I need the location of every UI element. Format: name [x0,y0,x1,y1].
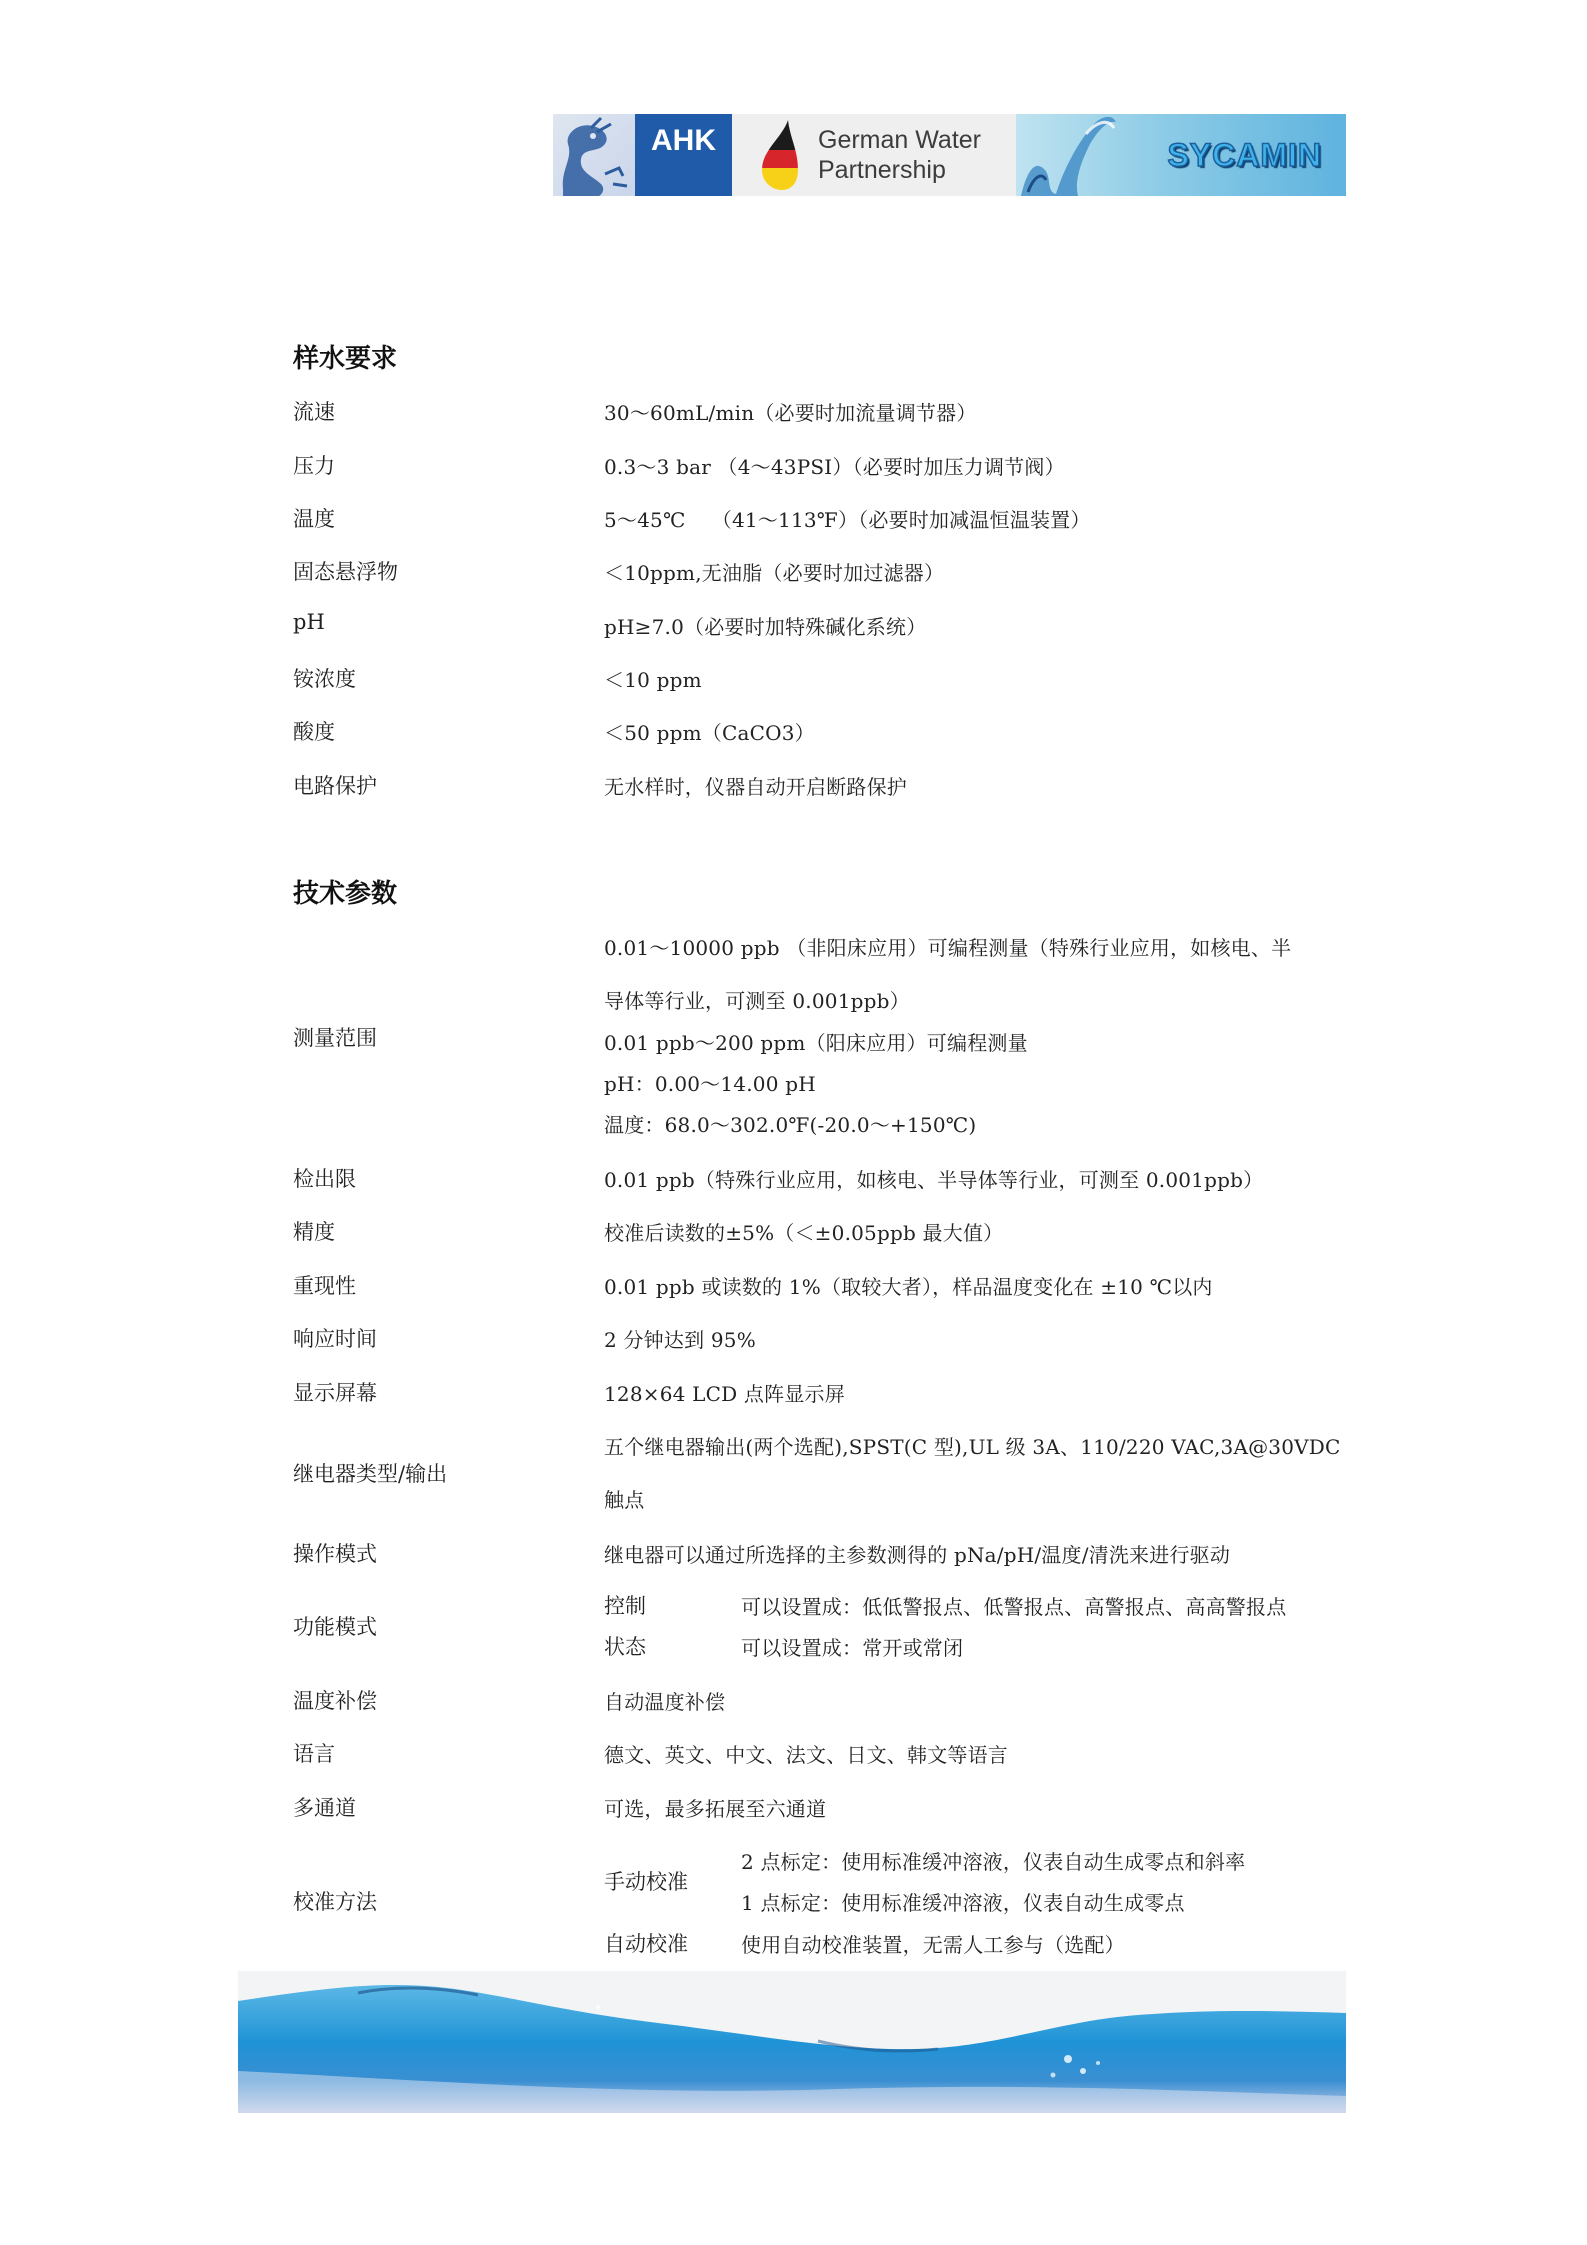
row-value-temperature: 5～45℃ （41～113℉）（必要时加减温恒温装置） [604,504,1091,533]
calibration-manual-label: 手动校准 [604,1866,688,1896]
section-title-technical-parameters: 技术参数 [293,873,397,910]
section-title-sample-requirements: 样水要求 [293,338,397,375]
row-label-ph: pH [293,610,325,634]
function-mode-state-value: 可以设置成：常开或常闭 [741,1632,963,1661]
row-label-calibration-method: 校准方法 [293,1886,377,1916]
row-value-operation-mode: 继电器可以通过所选择的主参数测得的 pNa/pH/温度/清洗来进行驱动 [604,1539,1230,1568]
row-value-circuit-protection: 无水样时，仪器自动开启断路保护 [604,771,907,800]
row-label-function-mode: 功能模式 [293,1611,377,1641]
row-label-pressure: 压力 [293,450,335,480]
sycamin-text: SYCAMIN [1167,137,1322,174]
row-label-operation-mode: 操作模式 [293,1538,377,1568]
row-value-ph: pH≥7.0（必要时加特殊碱化系统） [604,611,926,640]
row-value-temp-compensation: 自动温度补偿 [604,1686,725,1715]
function-mode-state-label: 状态 [604,1631,646,1661]
ahk-logo: AHK [553,114,732,196]
row-label-acidity: 酸度 [293,716,335,746]
row-label-measurement-range: 测量范围 [293,1022,377,1052]
row-label-temp-compensation: 温度补偿 [293,1685,377,1715]
function-mode-control-value: 可以设置成：低低警报点、低警报点、高警报点、高高警报点 [741,1591,1286,1620]
row-value-language: 德文、英文、中文、法文、日文、韩文等语言 [604,1739,1008,1768]
dragon-icon [553,114,635,196]
measurement-range-line-3: 0.01 ppb～200 ppm（阳床应用）可编程测量 [604,1027,1028,1056]
sycamin-logo: SYCAMIN [1016,114,1346,196]
row-value-flow-rate: 30～60mL/min（必要时加流量调节器） [604,397,977,426]
row-label-circuit-protection: 电路保护 [293,770,377,800]
row-value-repeatability: 0.01 ppb 或读数的 1%（取较大者），样品温度变化在 ±10 ℃以内 [604,1271,1213,1300]
measurement-range-line-5: 温度：68.0～302.0℉(-20.0～+150℃) [604,1109,976,1138]
row-label-flow-rate: 流速 [293,396,335,426]
calibration-auto-value: 使用自动校准装置，无需人工参与（选配） [741,1929,1125,1958]
row-label-detection-limit: 检出限 [293,1163,356,1193]
ahk-text: AHK [635,114,732,196]
row-value-response-time: 2 分钟达到 95% [604,1324,756,1353]
row-label-response-time: 响应时间 [293,1323,377,1353]
header-banner: AHK German Water Partnership SYCAMIN [553,114,1346,196]
measurement-range-line-4: pH：0.00～14.00 pH [604,1068,816,1097]
water-splash-icon [1016,114,1156,196]
row-label-ammonium: 铵浓度 [293,663,356,693]
footer-water-wave-image [238,1971,1346,2113]
row-value-pressure: 0.3～3 bar （4～43PSI）（必要时加压力调节阀） [604,451,1065,480]
row-value-accuracy: 校准后读数的±5%（＜±0.05ppb 最大值） [604,1217,1003,1246]
row-value-detection-limit: 0.01 ppb（特殊行业应用，如核电、半导体等行业，可测至 0.001ppb） [604,1164,1263,1193]
row-label-repeatability: 重现性 [293,1270,356,1300]
measurement-range-line-1: 0.01～10000 ppb （非阳床应用）可编程测量（特殊行业应用，如核电、半 [604,932,1291,961]
german-flag-drop-icon [760,120,800,190]
relay-line-2: 触点 [604,1484,644,1513]
gwp-line2: Partnership [818,155,981,185]
gwp-line1: German Water [818,125,981,155]
calibration-manual-line-2: 1 点标定：使用标准缓冲溶液，仪表自动生成零点 [741,1887,1185,1916]
function-mode-control-label: 控制 [604,1590,646,1620]
row-value-suspended-solids: ＜10ppm,无油脂（必要时加过滤器） [604,557,944,586]
measurement-range-line-2: 导体等行业，可测至 0.001ppb） [604,985,910,1014]
relay-line-1: 五个继电器输出(两个选配),SPST(C 型),UL 级 3A、110/220 … [604,1431,1341,1460]
calibration-manual-line-1: 2 点标定：使用标准缓冲溶液，仪表自动生成零点和斜率 [741,1846,1245,1875]
row-value-multichannel: 可选，最多拓展至六通道 [604,1793,826,1822]
row-label-language: 语言 [293,1738,335,1768]
row-value-acidity: ＜50 ppm（CaCO3） [604,717,815,746]
row-label-accuracy: 精度 [293,1216,335,1246]
row-label-temperature: 温度 [293,503,335,533]
german-water-partnership-logo: German Water Partnership [732,114,1016,196]
row-label-relay: 继电器类型/输出 [293,1458,447,1488]
row-label-display: 显示屏幕 [293,1377,377,1407]
row-value-display: 128×64 LCD 点阵显示屏 [604,1378,845,1407]
row-value-ammonium: ＜10 ppm [604,664,702,693]
row-label-multichannel: 多通道 [293,1792,356,1822]
row-label-suspended-solids: 固态悬浮物 [293,556,398,586]
calibration-auto-label: 自动校准 [604,1928,688,1958]
